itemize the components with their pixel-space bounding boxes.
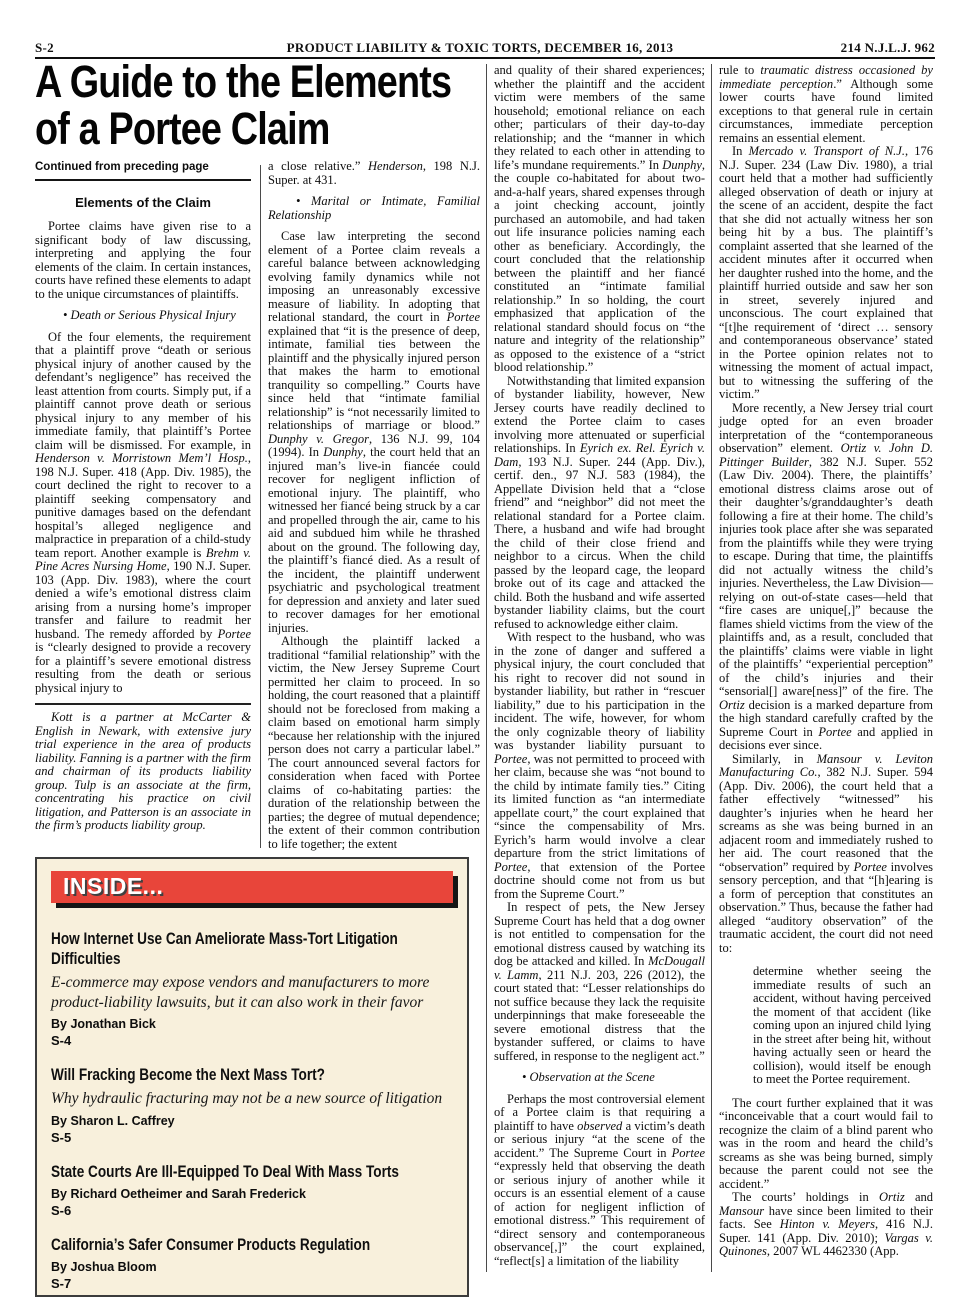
inside-item-title: Will Fracking Become the Next Mass Tort? (51, 1065, 455, 1085)
bullet-heading: • Death or Serious Physical Injury (35, 309, 251, 323)
inside-item: How Internet Use Can Ameliorate Mass-Tor… (51, 929, 453, 1048)
inside-item-subtitle: E-commerce may expose vendors and manufa… (51, 973, 453, 1012)
inside-item-title: State Courts Are Ill-Equipped To Deal Wi… (51, 1162, 455, 1182)
inside-item: State Courts Are Ill-Equipped To Deal Wi… (51, 1162, 453, 1218)
paragraph: Portee claims have given rise to a signi… (35, 220, 251, 301)
paragraph: In Mercado v. Transport of N.J., 176 N.J… (719, 145, 933, 402)
block-quote: determine whether seeing the immediate r… (753, 965, 931, 1087)
paragraph: and quality of their shared experiences;… (494, 64, 705, 375)
inside-item: Will Fracking Become the Next Mass Tort?… (51, 1065, 453, 1145)
column-divider (260, 165, 261, 848)
paragraph: a close relative.” Henderson, 198 N.J. S… (268, 160, 480, 187)
article-title-line2: of a Portee Claim (35, 105, 451, 152)
inside-item-page: S-7 (51, 1276, 453, 1291)
paragraph: Although the plaintiff lacked a traditio… (268, 635, 480, 851)
continued-from-label: Continued from preceding page (35, 160, 251, 181)
inside-items: How Internet Use Can Ameliorate Mass-Tor… (51, 929, 453, 1291)
inside-item-page: S-4 (51, 1033, 453, 1048)
inside-item-page: S-6 (51, 1203, 453, 1218)
newspaper-page: S-2 PRODUCT LIABILITY & TOXIC TORTS, DEC… (0, 0, 960, 1309)
article-column-3: and quality of their shared experiences;… (494, 64, 705, 1268)
article-column-1: Continued from preceding page Elements o… (35, 160, 251, 833)
bullet-heading: • Marital or Intimate, Familial Relation… (268, 195, 480, 222)
inside-item-title: How Internet Use Can Ameliorate Mass-Tor… (51, 929, 455, 969)
paragraph: Similarly, in Mansour v. Leviton Manufac… (719, 753, 933, 956)
paragraph: With respect to the husband, who was in … (494, 631, 705, 901)
inside-item-byline: By Sharon L. Caffrey (51, 1114, 453, 1129)
column-divider (486, 64, 487, 1272)
author-bio: Kott is a partner at McCarter & English … (35, 703, 251, 833)
article-title-line1: A Guide to the Elements (35, 58, 451, 105)
header-title: PRODUCT LIABILITY & TOXIC TORTS, DECEMBE… (0, 40, 960, 56)
inside-item-title: California’s Safer Consumer Products Reg… (51, 1235, 455, 1255)
paragraph: The courts’ holdings in Ortiz and Mansou… (719, 1191, 933, 1259)
inside-item-subtitle: Why hydraulic fracturing may not be a ne… (51, 1089, 453, 1109)
paragraph: Perhaps the most controversial element o… (494, 1093, 705, 1269)
paragraph: Notwithstanding that limited expansion o… (494, 375, 705, 632)
paragraph: More recently, a New Jersey trial court … (719, 402, 933, 753)
paragraph: rule to traumatic distress occasioned by… (719, 64, 933, 145)
inside-banner: INSIDE... (51, 871, 453, 903)
article-title: A Guide to the Elements of a Portee Clai… (35, 58, 451, 152)
inside-box: INSIDE... How Internet Use Can Ameliorat… (35, 857, 469, 1297)
inside-item-byline: By Richard Oetheimer and Sarah Frederick (51, 1187, 453, 1202)
header-citation: 214 N.J.L.J. 962 (841, 40, 935, 56)
column-divider (711, 64, 712, 1272)
inside-item: California’s Safer Consumer Products Reg… (51, 1235, 453, 1291)
paragraph: Of the four elements, the requirement th… (35, 331, 251, 696)
article-column-2: a close relative.” Henderson, 198 N.J. S… (268, 160, 480, 851)
column-1-paragraphs: Elements of the ClaimPortee claims have … (35, 195, 251, 833)
paragraph: Case law interpreting the second element… (268, 230, 480, 635)
inside-item-page: S-5 (51, 1130, 453, 1145)
paragraph: The court further explained that it was … (719, 1097, 933, 1192)
inside-item-byline: By Joshua Bloom (51, 1260, 453, 1275)
paragraph: In respect of pets, the New Jersey Supre… (494, 901, 705, 1063)
inside-item-byline: By Jonathan Bick (51, 1017, 453, 1032)
article-column-4: rule to traumatic distress occasioned by… (719, 64, 933, 1259)
bullet-heading: • Observation at the Scene (494, 1071, 705, 1085)
section-heading: Elements of the Claim (35, 195, 251, 210)
